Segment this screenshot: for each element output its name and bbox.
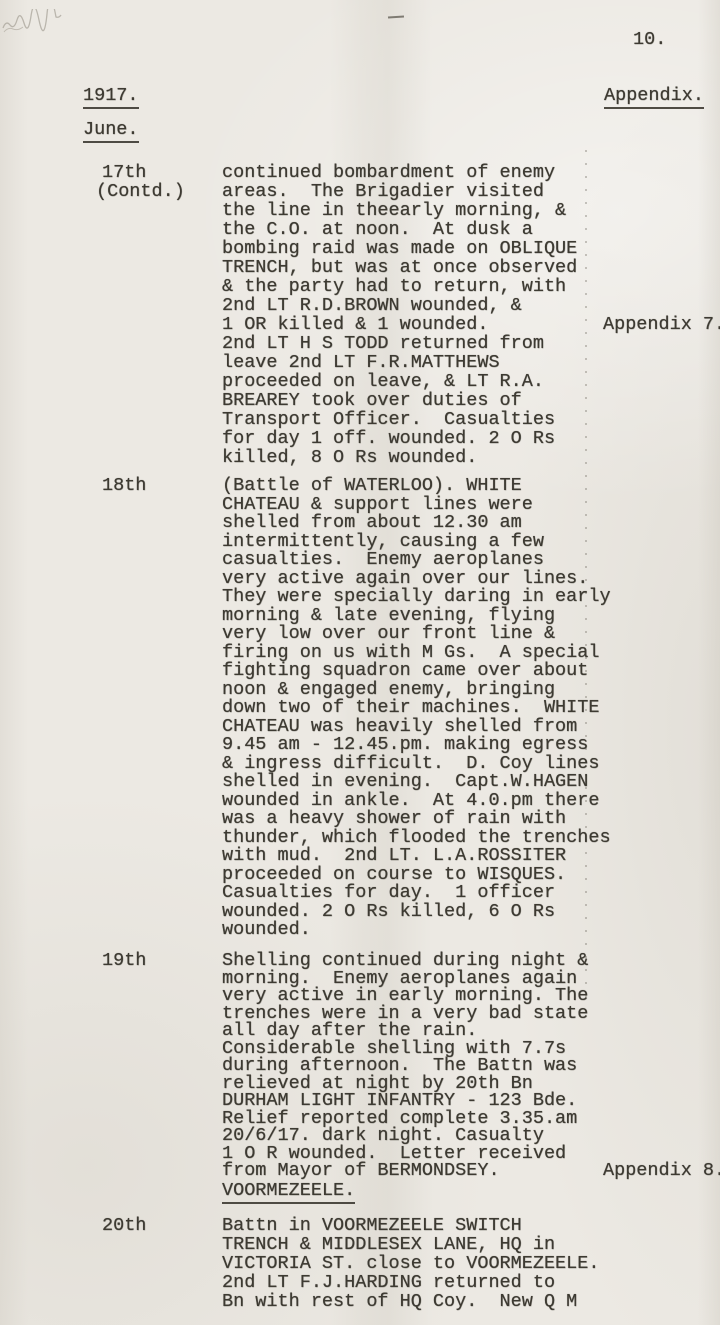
entry-text-line: for day 1 off. wounded. 2 O Rs [222,429,577,448]
entry-date-line: 19th [102,952,146,970]
entry-text-line: leave 2nd LT F.R.MATTHEWS [222,353,577,372]
side-note-appendix-7: Appendix 7. [603,315,720,334]
entry-text-line: TRENCH, but was at once observed [222,258,577,277]
pencil-scribble [1,9,63,37]
entry-text-line: casualties. Enemy aeroplanes [222,551,611,570]
entry-text-line: down two of their machines. WHITE [222,699,611,718]
entry-text-line: TRENCH & MIDDLESEX LANE, HQ in [222,1235,599,1254]
entry-text-line: 2nd LT R.D.BROWN wounded, & [222,296,577,315]
entry-text-line: (Battle of WATERLOO). WHITE [222,477,611,496]
entry-text-line: 20/6/17. dark night. Casualty [222,1127,588,1145]
entry-text-line: Casualties for day. 1 officer [222,884,611,903]
entry-text-line: Battn in VOORMEZEELE SWITCH [222,1216,599,1235]
entry-text-line: proceeded on leave, & LT R.A. [222,372,577,391]
entry-text-line: very low over our front line & [222,625,611,644]
section-heading-text: VOORMEZEELE. [222,1180,355,1204]
entry-date-line: (Contd.) [96,182,185,201]
entry-date-line: 20th [102,1216,146,1235]
appendix-column-heading: Appendix. [604,85,704,109]
entry-text-line: very active in early morning. The [222,987,588,1005]
document-page: 10. 1917. Appendix. June. 17th(Contd.)co… [0,0,720,1325]
entry-text-line: with mud. 2nd LT. L.A.ROSSITER [222,847,611,866]
entry-text-line: wounded. [222,921,611,940]
entry-text-line: BREAREY took over duties of [222,391,577,410]
entry-date: 20th [102,1216,146,1235]
entry-text-line: bombing raid was made on OBLIQUE [222,239,577,258]
entry-body: Battn in VOORMEZEELE SWITCHTRENCH & MIDD… [222,1216,599,1311]
entry-text-line: areas. The Brigadier visited [222,182,577,201]
entry-text-line: They were specially daring in early [222,588,611,607]
entry-text-line: killed, 8 O Rs wounded. [222,448,577,467]
entry-text-line: & the party had to return, with [222,277,577,296]
section-heading-voormezeele: VOORMEZEELE. [222,1180,355,1204]
side-note-appendix-8: Appendix 8. [603,1162,720,1180]
year-heading: 1917. [83,85,139,109]
page-number: 10. [633,29,666,50]
entry-text-line: continued bombardment of enemy [222,163,577,182]
entry-text-line: fighting squadron came over about [222,662,611,681]
entry-text-line: the C.O. at noon. At dusk a [222,220,577,239]
entry-text-line: the line in theearly morning, & [222,201,577,220]
entry-text-line: 2nd LT H S TODD returned from [222,334,577,353]
entry-text-line: was a heavy shower of rain with [222,810,611,829]
entry-text-line: Transport Officer. Casualties [222,410,577,429]
entry-text-line: VICTORIA ST. close to VOORMEZEELE. [222,1254,599,1273]
entry-text-line: shelled in evening. Capt.W.HAGEN [222,773,611,792]
year-heading-text: 1917. [83,85,139,109]
entry-text-line: 1 OR killed & 1 wounded. [222,315,577,334]
stray-dash-mark [388,15,404,18]
entry-date-line: 17th [102,163,185,182]
entry-text-line: 2nd LT F.J.HARDING returned to [222,1273,599,1292]
entry-date: 19th [102,952,146,970]
entry-body: continued bombardment of enemyareas. The… [222,163,577,467]
entry-text-line: Shelling continued during night & [222,952,588,970]
appendix-column-heading-text: Appendix. [604,85,704,109]
entry-text-line: all day after the rain. [222,1022,588,1040]
entry-body: (Battle of WATERLOO). WHITECHATEAU & sup… [222,477,611,940]
entry-text-line: during afternoon. The Battn was [222,1057,588,1075]
entry-text-line: 9.45 am - 12.45.pm. making egress [222,736,611,755]
entry-text-line: from Mayor of BERMONDSEY. [222,1162,588,1180]
entry-text-line: Bn with rest of HQ Coy. New Q M [222,1292,599,1311]
entry-body: Shelling continued during night &morning… [222,952,588,1180]
entry-text-line: DURHAM LIGHT INFANTRY - 123 Bde. [222,1092,588,1110]
entry-date: 17th(Contd.) [102,163,185,201]
entry-date: 18th [102,477,146,496]
month-heading: June. [83,119,139,143]
entry-text-line: shelled from about 12.30 am [222,514,611,533]
month-heading-text: June. [83,119,139,143]
entry-date-line: 18th [102,477,146,496]
